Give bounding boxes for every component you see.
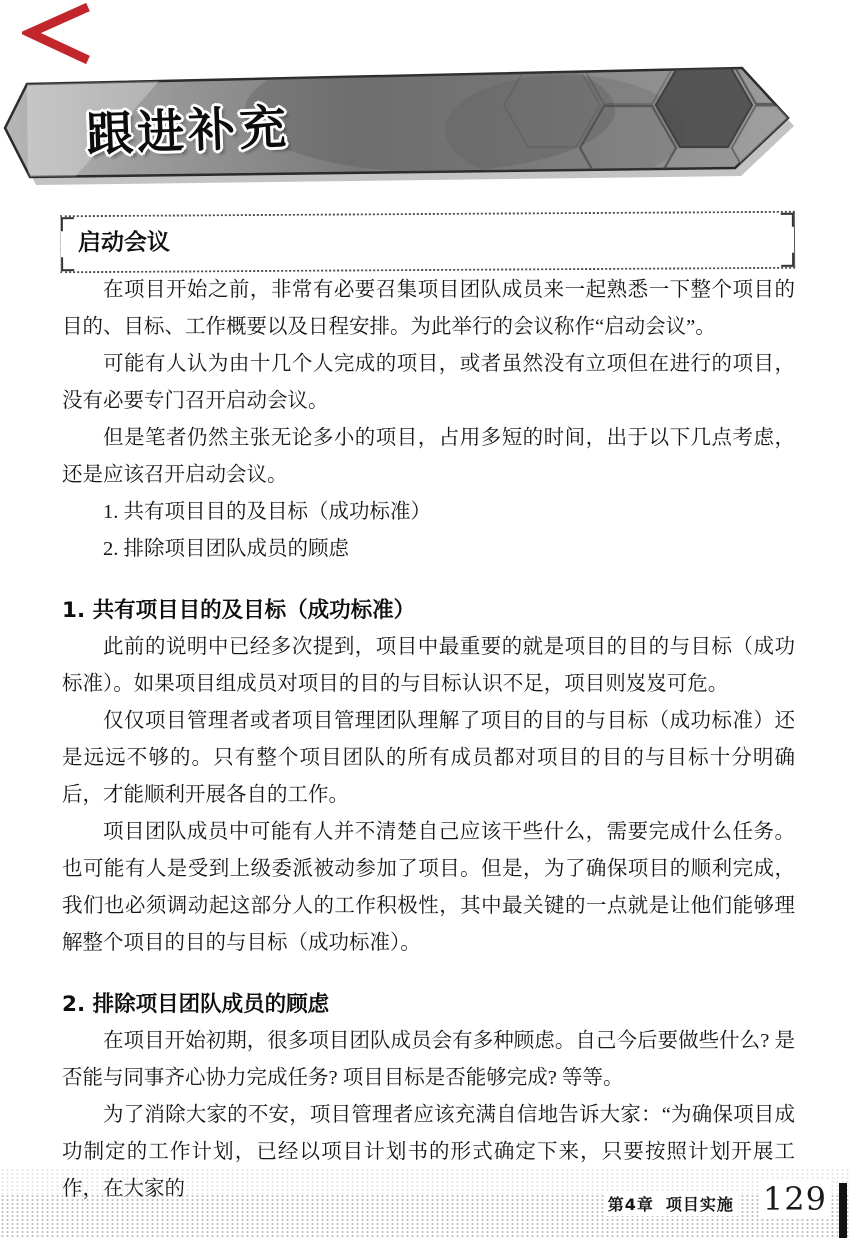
section-2-paragraph-1: 在项目开始初期，很多项目团队成员会有多种顾虑。自己今后要做些什么? 是否能与同事…	[62, 1023, 795, 1097]
page-edge-bar	[839, 1183, 847, 1238]
footer-chapter-title: 项目实施	[666, 1195, 734, 1214]
list-item-1: 1. 共有项目目的及目标（成功标准）	[62, 494, 795, 531]
box-corner-bottom-right	[781, 253, 794, 267]
paragraph-intro-3: 但是笔者仍然主张无论多小的项目，占用多短的时间，出于以下几点考虑，还是应该召开启…	[62, 420, 795, 494]
page-footer: 第4章项目实施 129	[604, 1180, 830, 1218]
page-number: 129	[760, 1180, 830, 1218]
section-1-paragraph-2: 仅仅项目管理者或者项目管理团队理解了项目的目的与目标（成功标准）还是远远不够的。…	[62, 703, 795, 814]
section-1-paragraph-3: 项目团队成员中可能有人并不清楚自己应该干些什么，需要完成什么任务。也可能有人是受…	[62, 814, 795, 962]
box-corner-top-left	[61, 217, 74, 231]
book-page: 跟进补充 启动会议 在项目开始之前，非常有必要召集项目团队成员来一起熟悉一下整个…	[0, 0, 850, 1238]
section-2-heading: 2. 排除项目团队成员的顾虑	[62, 986, 795, 1023]
paragraph-intro-1: 在项目开始之前，非常有必要召集项目团队成员来一起熟悉一下整个项目的目的、目标、工…	[62, 272, 795, 346]
chapter-banner-title: 跟进补充	[85, 90, 291, 165]
body-text: 在项目开始之前，非常有必要召集项目团队成员来一起熟悉一下整个项目的目的、目标、工…	[62, 272, 795, 1208]
section-1-heading: 1. 共有项目目的及目标（成功标准）	[62, 592, 795, 629]
box-corner-bottom-left	[61, 257, 74, 271]
box-corner-top-right	[781, 213, 794, 227]
paragraph-intro-2: 可能有人认为由十几个人完成的项目，或者虽然没有立项但在进行的项目，没有必要专门召…	[62, 346, 795, 420]
footer-chapter-number: 第4章	[608, 1195, 654, 1214]
section-1-paragraph-1: 此前的说明中已经多次提到，项目中最重要的就是项目的目的与目标（成功标准）。如果项…	[62, 629, 795, 703]
list-item-2: 2. 排除项目团队成员的顾虑	[62, 531, 795, 568]
footer-chapter-label: 第4章项目实施	[604, 1191, 738, 1216]
section-title-box: 启动会议	[60, 211, 795, 273]
section-box-title: 启动会议	[61, 213, 794, 269]
